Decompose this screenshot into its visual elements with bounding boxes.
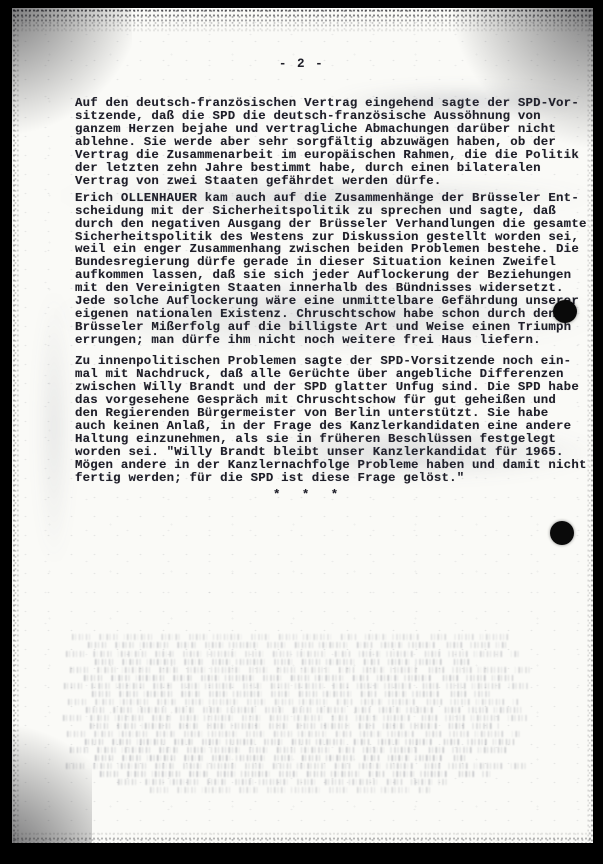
section-separator-asterisks: * * * xyxy=(273,489,595,502)
bleed-through-line xyxy=(150,787,430,793)
bleed-through-line xyxy=(72,634,512,640)
bleed-through-line xyxy=(118,779,448,785)
paragraph-domestic-politics-brandt: Zu innenpolitischen Problemen sagte der … xyxy=(75,355,595,485)
bleed-through-line xyxy=(95,755,465,761)
bleed-through-line xyxy=(90,723,500,729)
bleed-through-line xyxy=(67,731,522,737)
paragraph-french-german-treaty: Auf den deutsch-französischen Vertrag ei… xyxy=(75,97,595,188)
bleed-through-line xyxy=(64,683,534,689)
bleed-through-line xyxy=(92,691,492,697)
hole-punch-bottom xyxy=(550,521,574,545)
bleed-through-line xyxy=(66,651,521,657)
bleed-through-line xyxy=(86,707,521,713)
document-text: Auf den deutsch-französischen Vertrag ei… xyxy=(75,97,595,502)
bleed-through-line xyxy=(70,667,530,673)
bleed-through-line xyxy=(63,715,528,721)
bleed-through-line xyxy=(100,771,490,777)
bleed-through-line xyxy=(84,675,514,681)
bleed-through-line xyxy=(70,747,515,753)
bleed-through-line xyxy=(68,699,518,705)
bleed-through-line xyxy=(95,659,475,665)
page-number: - 2 - xyxy=(0,58,603,71)
bleed-through-line xyxy=(88,642,508,648)
paragraph-ollenhauer-security-policy: Erich OLLENHAUER kam auch auf die Zusamm… xyxy=(75,192,595,347)
bleed-through-line xyxy=(66,763,526,769)
bleed-through-line xyxy=(85,739,515,745)
scanned-document-page: - 2 - Auf den deutsch-französischen Vert… xyxy=(0,0,603,864)
hole-punch-top xyxy=(553,300,577,323)
